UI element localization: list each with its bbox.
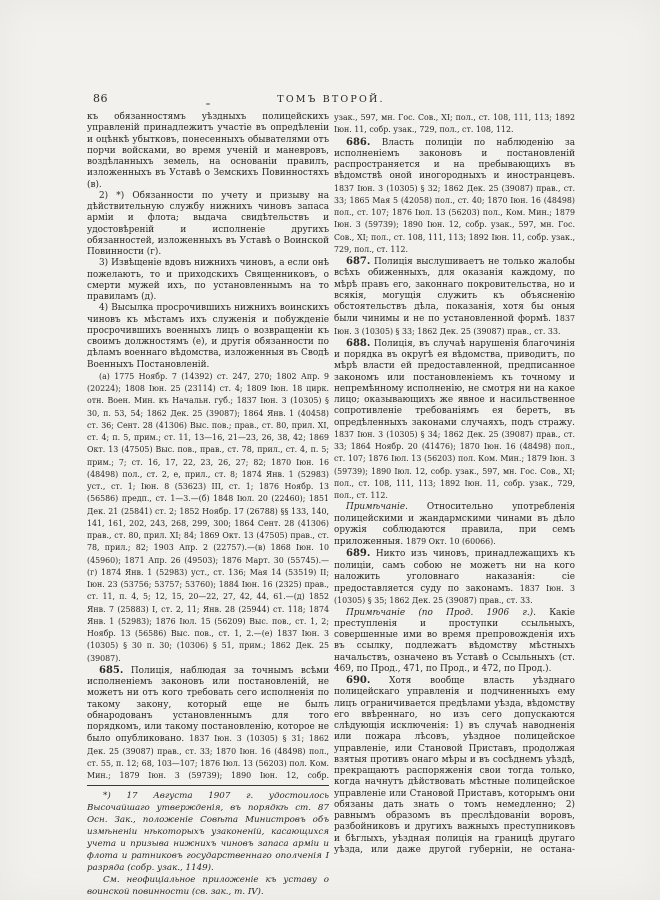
- text-segment-bold: 688.: [346, 338, 370, 349]
- article-685: 685. Полиція, наблюдая за точнымъ всѣми …: [87, 665, 329, 783]
- scanned-book-page: 86 ТОМЪ ВТОРОЙ. къ обязанностямъ уѣздных…: [0, 0, 660, 900]
- footnote-asterisk: *) 17 Августа 1907 г. удостоилось Высоча…: [87, 790, 329, 874]
- citation-block-a-e: (а) 1775 Ноябр. 7 (14392) ст. 247, 270; …: [87, 371, 329, 665]
- note-weapons: Примѣчаніе. Относительно употребленія по…: [334, 502, 575, 548]
- text-segment-bold: 690.: [346, 675, 370, 686]
- text-segment-body: Полиція, наблюдая за точнымъ всѣми испол…: [87, 666, 329, 745]
- text-segment-small: 1837 Іюн. 3 (10305) § 32; 1862 Дек. 25 (…: [334, 184, 575, 254]
- scan-speck: [206, 103, 210, 105]
- text-segment-body: Власть полиціи по наблюденію за исполнен…: [334, 138, 575, 182]
- text-segment-bold: 689.: [346, 548, 370, 559]
- running-title: ТОМЪ ВТОРОЙ.: [87, 94, 575, 105]
- note-prod-1906: Примѣчаніе (по Прод. 1906 г.). Какіе пре…: [334, 608, 575, 676]
- right-column: узак., 597, мн. Гос. Сов., XI; пол., ст.…: [334, 112, 575, 856]
- text-segment-body: 4) Высылка просрочившихъ нижнихъ воински…: [87, 303, 329, 369]
- paragraph-item-3: 3) Извѣщеніе вдовъ нижнихъ чиновъ, а есл…: [87, 258, 329, 303]
- text-segment-small: узак., 597, мн. Гос. Сов., XI; пол., ст.…: [334, 113, 575, 134]
- article-690: 690. Хотя вообще власть уѣзднаго полицей…: [334, 675, 575, 856]
- text-segment-body: Полиція выслушиваетъ не только жалобы вс…: [334, 257, 575, 324]
- article-687: 687. Полиція выслушиваетъ не только жало…: [334, 256, 575, 338]
- text-segment-italic: См. неофиціальное приложеніе къ уставу о…: [87, 875, 329, 897]
- text-segment-body: 2) *) Обязанности по учету и призыву на …: [87, 191, 329, 257]
- paragraph-item-2: 2) *) Обязанности по учету и призыву на …: [87, 191, 329, 259]
- text-segment-small: (а) 1775 Ноябр. 7 (14392) ст. 247, 270; …: [87, 372, 329, 663]
- article-686: 686. Власть полиціи по наблюденію за исп…: [334, 137, 575, 257]
- text-segment-small: 1837 Іюн. 3 (10305) § 34; 1862 Дек. 25 (…: [334, 430, 575, 500]
- text-segment-small: 1879 Окт. 10 (60066).: [406, 537, 496, 546]
- text-segment-italic: *) 17 Августа 1907 г. удостоилось Высоча…: [87, 791, 329, 873]
- text-segment-body: 3) Извѣщеніе вдовъ нижнихъ чиновъ, а есл…: [87, 258, 329, 302]
- footnote-text: *) 17 Августа 1907 г. удостоилось Высоча…: [87, 790, 329, 898]
- left-column-text: къ обязанностямъ уѣздныхъ полицейскихъ у…: [87, 112, 329, 782]
- text-segment-body: Хотя вообще власть уѣзднаго полицейскаго…: [334, 676, 575, 855]
- footnote-rule: [87, 785, 329, 786]
- paragraph-item-4: 4) Высылка просрочившихъ нижнихъ воински…: [87, 303, 329, 371]
- left-column: къ обязанностямъ уѣздныхъ полицейскихъ у…: [87, 112, 329, 874]
- text-segment-bold: 686.: [346, 137, 370, 148]
- footnote-section: *) 17 Августа 1907 г. удостоилось Высоча…: [87, 782, 329, 898]
- text-segment-body: къ обязанностямъ уѣздныхъ полицейскихъ у…: [87, 112, 329, 190]
- article-688: 688. Полиція, въ случаѣ нарушенія благоч…: [334, 338, 575, 503]
- citation-continuation: узак., 597, мн. Гос. Сов., XI; пол., ст.…: [334, 112, 575, 137]
- paragraph-duties-continuation: къ обязанностямъ уѣздныхъ полицейскихъ у…: [87, 112, 329, 191]
- text-segment-bold: 685.: [99, 665, 123, 676]
- text-segment-italic: Примѣчаніе (по Прод. 1906 г.).: [346, 608, 536, 618]
- text-segment-italic: Примѣчаніе.: [346, 502, 408, 512]
- text-segment-bold: 687.: [346, 256, 370, 267]
- footnote-see-also: См. неофиціальное приложеніе къ уставу о…: [87, 874, 329, 898]
- text-segment-body: Полиція, въ случаѣ нарушенія благочинія …: [334, 339, 575, 428]
- article-689: 689. Никто изъ чиновъ, принадлежащихъ къ…: [334, 548, 575, 607]
